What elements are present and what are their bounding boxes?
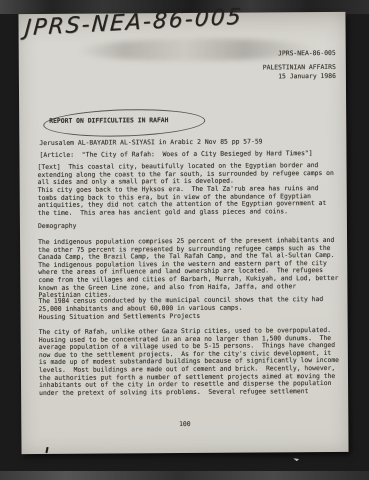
paragraph-housing: The city of Rafah, unlike other Gaza Str… [39,327,340,397]
heading-housing: Housing Situation and Settlements Projec… [39,313,201,322]
article-title: REPORT ON DIFFICULTIES IN RAFAH [49,117,168,125]
heading-demography: Demography [38,223,77,231]
document-page: JPRS-NEA-86-005 JPRS-NEA-86-005 15 Janua… [18,12,348,454]
source-line: Jerusalem AL-BAYADIR AL-SIYASI in Arabic… [39,138,262,147]
scanned-page: JPRS-NEA-86-005 JPRS-NEA-86-005 15 Janua… [0,0,369,480]
section-heading: PALESTINIAN AFFAIRS [263,64,336,72]
report-code: JPRS-NEA-86-005 [278,50,336,58]
scan-edge-bottom [0,471,369,480]
paragraph-text: [Text] This coastal city, beautifully lo… [38,162,334,187]
page-number: 100 [21,420,348,430]
article-byline: [Article: "The City of Rafah: Woes of a … [39,150,312,160]
paragraph-population: The indigenous population comprises 25 p… [38,237,339,300]
paragraph-census: The 1984 census conducted by the municip… [38,296,323,313]
report-date: 15 January 1986 [278,73,336,81]
paragraph-hyksos: This city goes back to the Hyksos era. T… [38,185,327,217]
scan-speck [293,457,300,462]
